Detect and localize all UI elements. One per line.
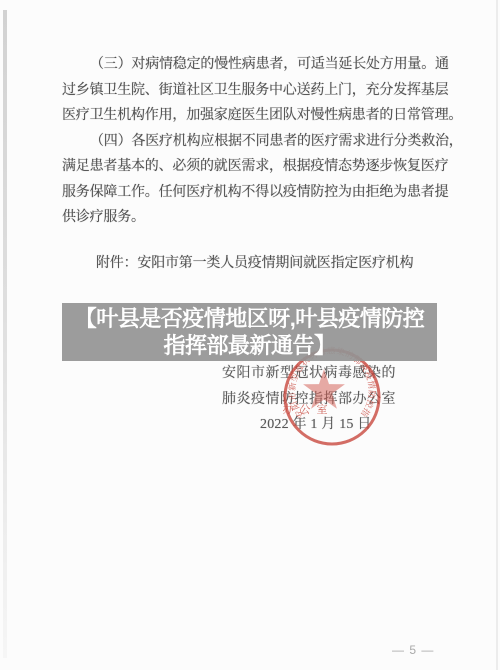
page-number: — 5 —: [392, 643, 434, 657]
seal-bottom-text: 办公室: [283, 402, 334, 416]
scan-edge-right: [496, 0, 498, 670]
attachment-line: 附件：安阳市第一类人员疫情期间就医指定医疗机构: [62, 255, 480, 272]
scan-edge-left: [3, 10, 7, 658]
doc-text-line: （四）各医疗机构应根据不同患者的医疗需求进行分类救治，: [62, 133, 446, 150]
headline-line2: 指挥部最新通告】: [163, 332, 335, 359]
doc-text-line: 供诊疗服务。: [62, 209, 446, 226]
headline-line1: 【叶县是否疫情地区呀,叶县疫情防控: [75, 305, 425, 332]
scanned-document-page: （三）对病情稳定的慢性病患者，可适当延长处方用量。通 过乡镇卫生院、街道社区卫生…: [0, 0, 500, 670]
doc-text-line: （三）对病情稳定的慢性病患者，可适当延长处方用量。通: [62, 56, 446, 73]
doc-text-line: 医疗卫生机构作用，加强家庭医生团队对慢性病患者的日常管理。: [62, 107, 446, 124]
headline-overlay-banner: 【叶县是否疫情地区呀,叶县疫情防控 指挥部最新通告】: [62, 303, 437, 361]
doc-text-line: 满足患者基本的、必须的就医需求，根据疫情态势逐步恢复医疗: [62, 158, 446, 175]
doc-text-line: 服务保障工作。任何医疗机构不得以疫情防控为由拒绝为患者提: [62, 184, 446, 201]
seal-star-icon: [303, 369, 345, 409]
doc-text-line: 过乡镇卫生院、街道社区卫生服务中心送药上门，充分发挥基层: [62, 82, 446, 99]
